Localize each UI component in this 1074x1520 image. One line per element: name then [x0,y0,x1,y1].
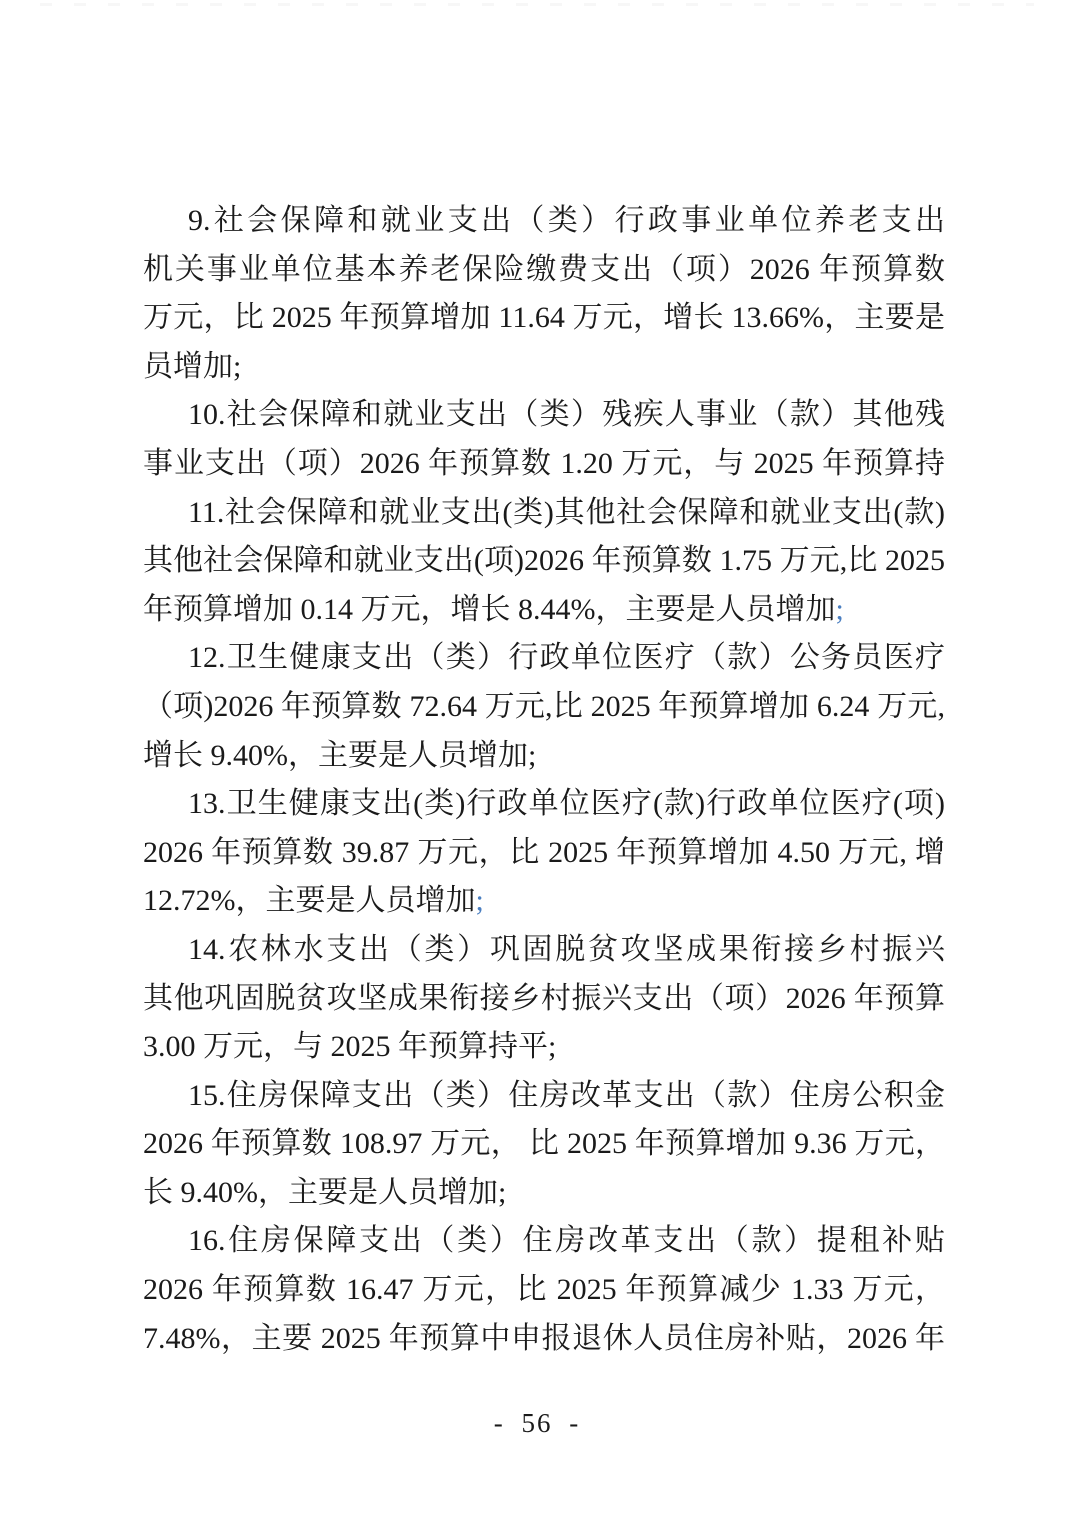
text-run: 11.社会保障和就业支出(类)其他社会保障和就业支出(款) [188,496,945,529]
text-run: 2026 年预算数 39.87 万元，比 2025 年预算增加 4.50 万元,… [143,836,945,878]
paragraph-item-16: 16.住房保障支出（类）住房改革支出（款）提租补贴（项）2026 年预算数 16… [143,1217,945,1363]
text-line: 长 9.40%，主要是人员增加; [143,1169,945,1218]
text-run: 12.卫生健康支出（类）行政单位医疗（款）公务员医疗补助 [143,641,945,683]
text-run: 14.农林水支出（类）巩固脱贫攻坚成果衔接乡村振兴（款） [143,933,945,975]
paragraph-item-9: 9.社会保障和就业支出（类）行政事业单位养老支出（款）机关事业单位基本养老保险缴… [143,197,945,391]
page-number: - 56 - [0,1408,1074,1439]
text-line: 增长 9.40%，主要是人员增加; [143,732,945,781]
text-run: 9.社会保障和就业支出（类）行政事业单位养老支出（款） [143,204,945,246]
paragraph-item-15: 15.住房保障支出（类）住房改革支出（款）住房公积金（项）2026 年预算数 1… [143,1072,945,1218]
text-run: 2026 年预算数 16.47 万元，比 2025 年预算减少 1.33 万元，… [143,1273,945,1315]
text-run: 7.48%，主要 2025 年预算中申报退休人员住房补贴，2026 年预算 [143,1322,945,1364]
text-line: 14.农林水支出（类）巩固脱贫攻坚成果衔接乡村振兴（款） [143,926,945,975]
text-line: 年预算增加 0.14 万元，增长 8.44%，主要是人员增加; [143,586,945,635]
document-body: 9.社会保障和就业支出（类）行政事业单位养老支出（款）机关事业单位基本养老保险缴… [143,197,945,1363]
paragraph-item-12: 12.卫生健康支出（类）行政单位医疗（款）公务员医疗补助（项)2026 年预算数… [143,634,945,780]
text-line: 7.48%，主要 2025 年预算中申报退休人员住房补贴，2026 年预算 [143,1315,945,1364]
text-line: 万元，比 2025 年预算增加 11.64 万元，增长 13.66%，主要是人 [143,294,945,343]
paragraph-item-11: 11.社会保障和就业支出(类)其他社会保障和就业支出(款)其他社会保障和就业支出… [143,489,945,635]
text-run: 机关事业单位基本养老保险缴费支出（项）2026 年预算数 96.87 [143,253,945,295]
text-run: 15.住房保障支出（类）住房改革支出（款）住房公积金（项） [143,1079,945,1121]
text-line: 其他社会保障和就业支出(项)2026 年预算数 1.75 万元,比 2025 [143,537,945,586]
paragraph-item-10: 10.社会保障和就业支出（类）残疾人事业（款）其他残疾人事业支出（项）2026 … [143,391,945,488]
accent-semicolon: ; [836,593,844,626]
text-line: 16.住房保障支出（类）住房改革支出（款）提租补贴（项） [143,1217,945,1266]
text-run: 万元，比 2025 年预算增加 11.64 万元，增长 13.66%，主要是人 [143,301,945,343]
document-page: 9.社会保障和就业支出（类）行政事业单位养老支出（款）机关事业单位基本养老保险缴… [0,0,1074,1520]
text-line: 13.卫生健康支出(类)行政单位医疗(款)行政单位医疗(项) [143,780,945,829]
text-line: 员增加; [143,343,945,392]
scan-artifact [40,3,1034,6]
text-run: 其他社会保障和就业支出(项)2026 年预算数 1.75 万元,比 2025 [143,544,945,577]
text-run: 13.卫生健康支出(类)行政单位医疗(款)行政单位医疗(项) [188,787,945,820]
text-line: （项)2026 年预算数 72.64 万元,比 2025 年预算增加 6.24 … [143,683,945,732]
text-run: 事业支出（项）2026 年预算数 1.20 万元，与 2025 年预算持平; [143,447,945,489]
text-line: 9.社会保障和就业支出（类）行政事业单位养老支出（款） [143,197,945,246]
text-line: 10.社会保障和就业支出（类）残疾人事业（款）其他残疾人 [143,391,945,440]
text-run: 12.72%，主要是人员增加 [143,884,476,917]
text-run: 增长 9.40%，主要是人员增加; [143,739,536,772]
text-run: 员增加; [143,350,241,383]
text-run: 年预算增加 0.14 万元，增长 8.44%，主要是人员增加 [143,593,836,626]
text-run: 3.00 万元，与 2025 年预算持平; [143,1030,556,1063]
accent-semicolon: ; [476,884,484,917]
text-run: 16.住房保障支出（类）住房改革支出（款）提租补贴（项） [143,1224,945,1266]
paragraph-item-14: 14.农林水支出（类）巩固脱贫攻坚成果衔接乡村振兴（款）其他巩固脱贫攻坚成果衔接… [143,926,945,1072]
text-line: 其他巩固脱贫攻坚成果衔接乡村振兴支出（项）2026 年预算数 [143,975,945,1024]
text-run: 长 9.40%，主要是人员增加; [143,1176,506,1209]
text-line: 2026 年预算数 16.47 万元，比 2025 年预算减少 1.33 万元，… [143,1266,945,1315]
paragraph-item-13: 13.卫生健康支出(类)行政单位医疗(款)行政单位医疗(项)2026 年预算数 … [143,780,945,926]
text-run: （项)2026 年预算数 72.64 万元,比 2025 年预算增加 6.24 … [143,690,945,723]
text-line: 2026 年预算数 39.87 万元，比 2025 年预算增加 4.50 万元,… [143,829,945,878]
text-line: 12.卫生健康支出（类）行政单位医疗（款）公务员医疗补助 [143,634,945,683]
text-run: 其他巩固脱贫攻坚成果衔接乡村振兴支出（项）2026 年预算数 [143,982,945,1024]
text-line: 事业支出（项）2026 年预算数 1.20 万元，与 2025 年预算持平; [143,440,945,489]
text-line: 机关事业单位基本养老保险缴费支出（项）2026 年预算数 96.87 [143,246,945,295]
text-line: 11.社会保障和就业支出(类)其他社会保障和就业支出(款) [143,489,945,538]
text-run: 2026 年预算数 108.97 万元， 比 2025 年预算增加 9.36 万… [143,1127,945,1169]
text-line: 15.住房保障支出（类）住房改革支出（款）住房公积金（项） [143,1072,945,1121]
text-line: 2026 年预算数 108.97 万元， 比 2025 年预算增加 9.36 万… [143,1120,945,1169]
text-line: 3.00 万元，与 2025 年预算持平; [143,1023,945,1072]
text-run: 10.社会保障和就业支出（类）残疾人事业（款）其他残疾人 [143,398,945,440]
text-line: 12.72%，主要是人员增加; [143,877,945,926]
